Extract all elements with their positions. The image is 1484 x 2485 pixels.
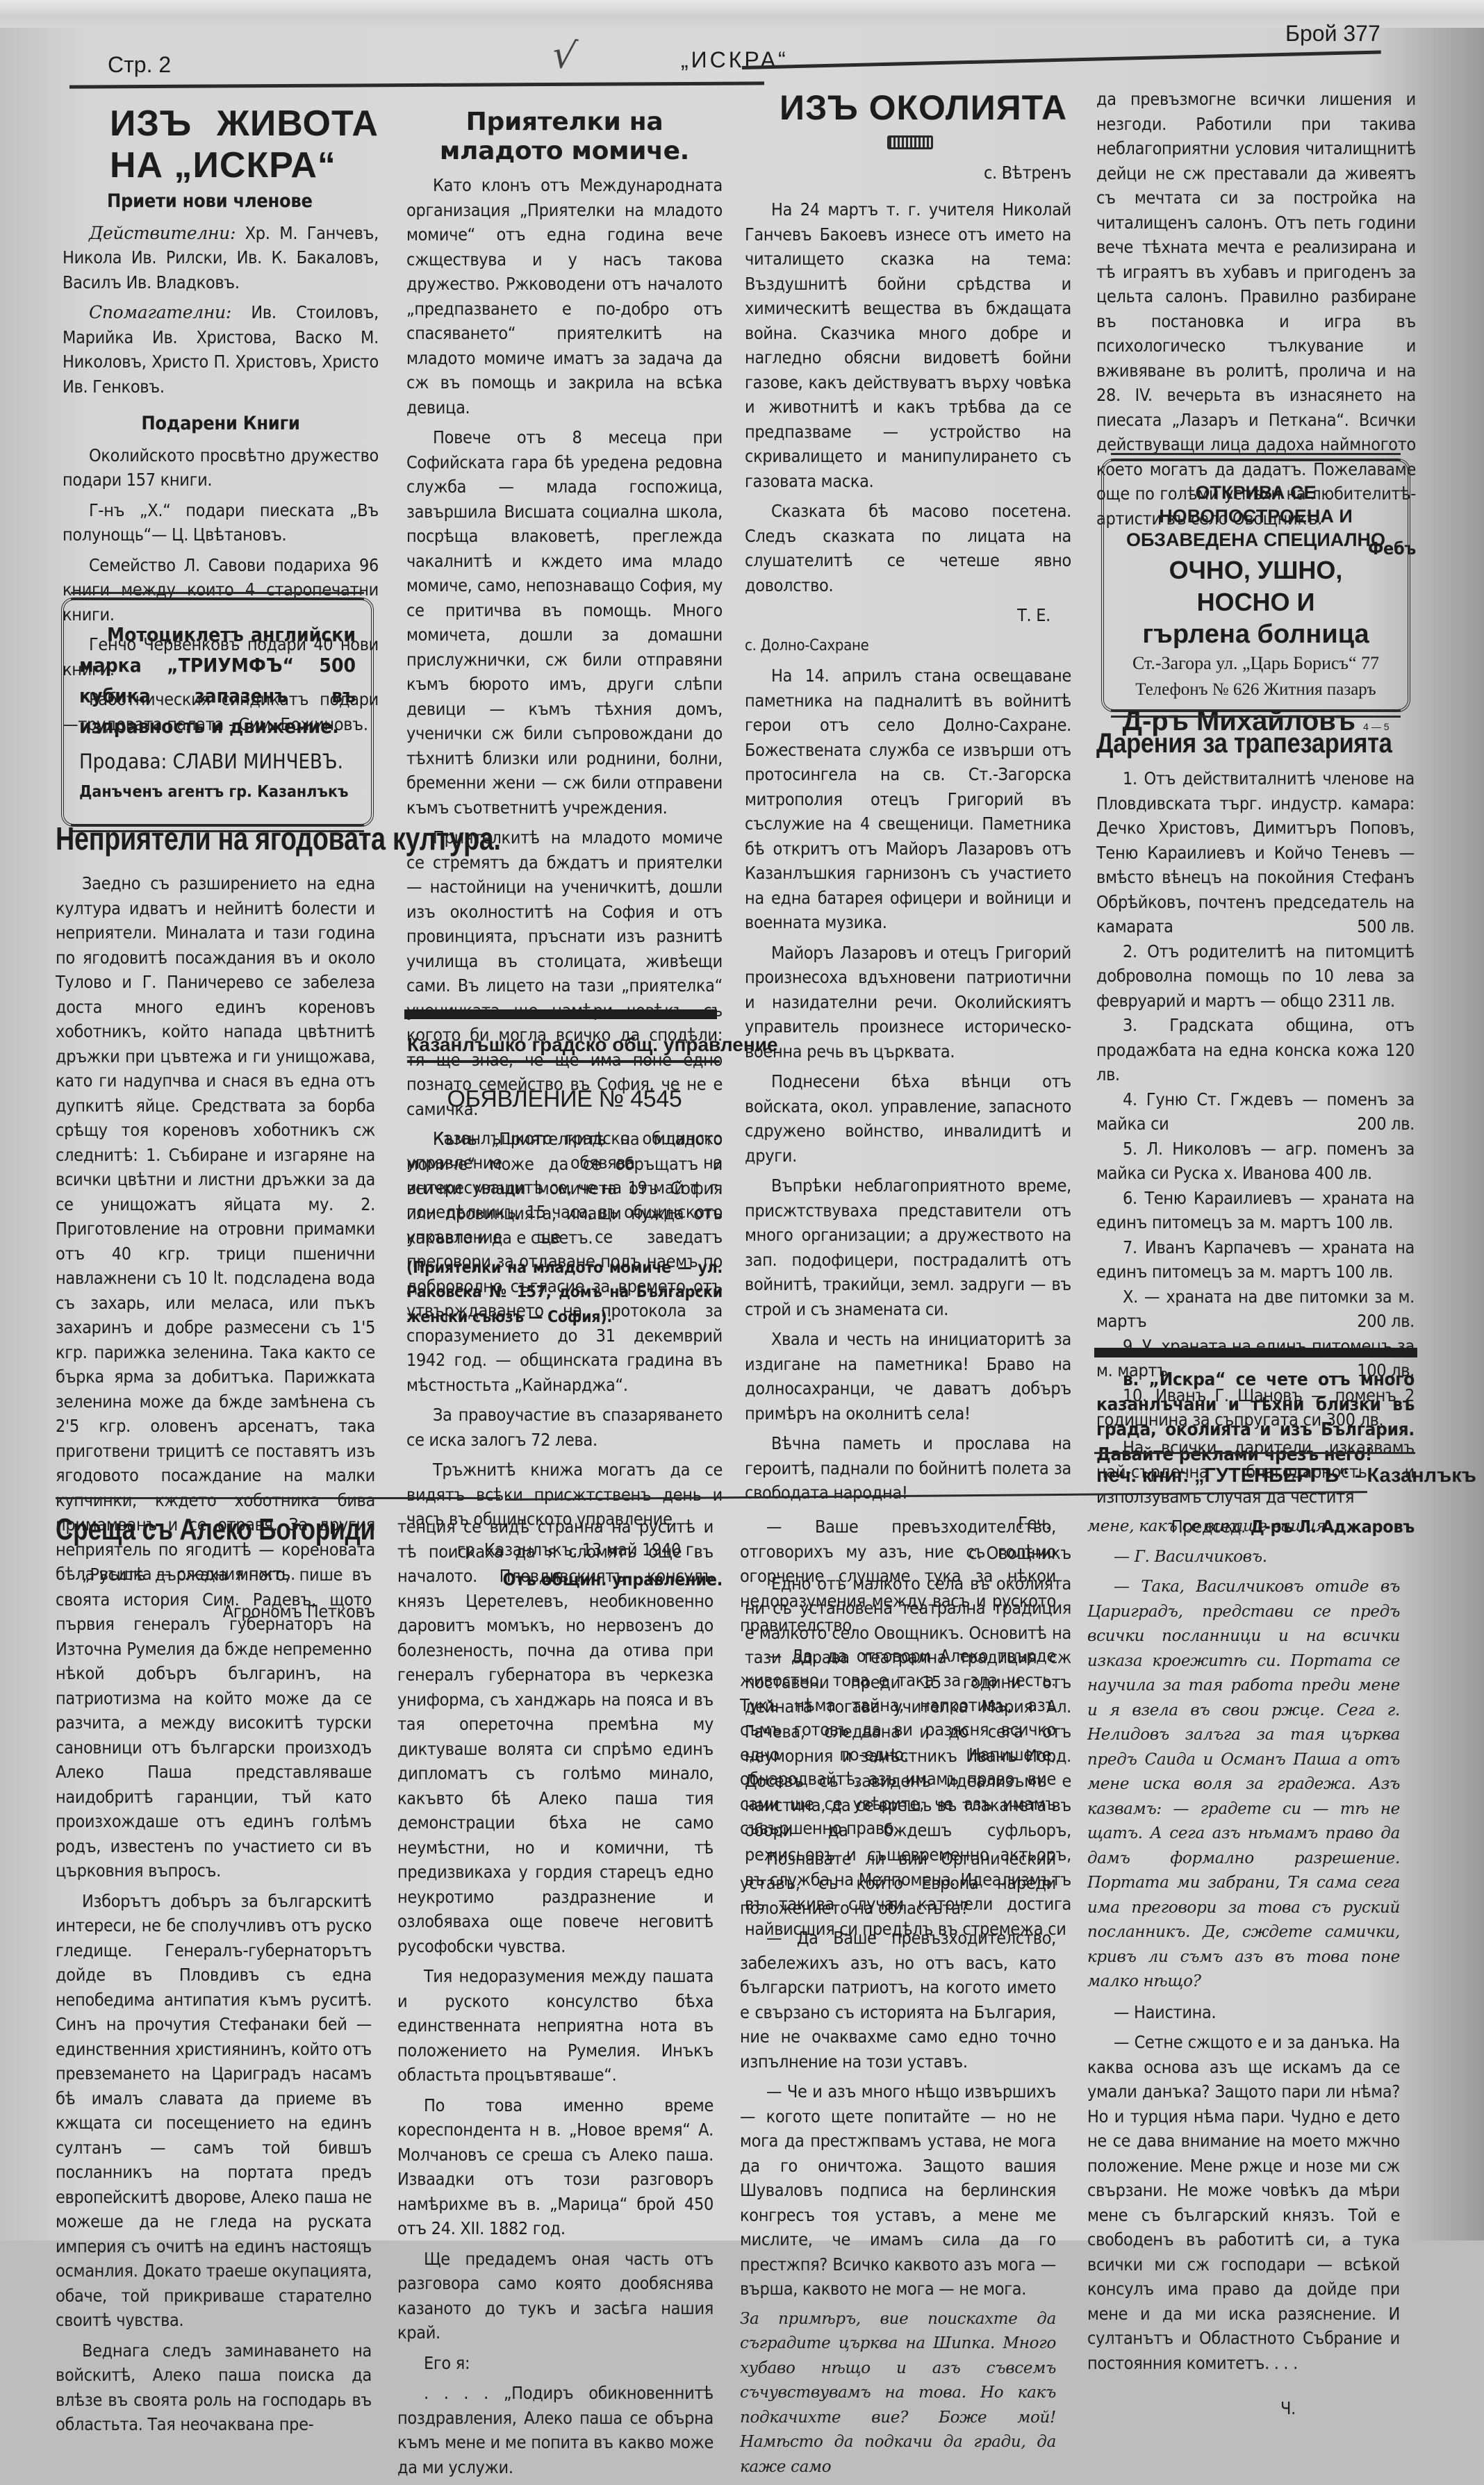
book-donation: Околийското просвѣтно дружество подари 1…	[63, 443, 379, 493]
donation-amount: 2311 лв.	[1328, 991, 1395, 1011]
accepted-members-heading: Приети нови членове	[63, 189, 379, 214]
ornament-icon	[887, 135, 933, 149]
handwritten-check-mark: √	[550, 32, 579, 79]
donation-amount: 100 лв.	[1335, 1262, 1393, 1282]
motorcycle-ad-seller-role: Данъченъ агентъ гр. Казанлъкъ	[79, 777, 356, 807]
paragraph: На 14. априлъ стана освещаване паметника…	[745, 663, 1071, 935]
issue-number: Брой 377	[1285, 21, 1380, 47]
donation-amount: 200 лв.	[1330, 1309, 1415, 1334]
bogoridi-column-3: — Ваше превъзходителство, отговорихъ му …	[740, 1514, 1056, 2240]
paragraph: „Руситѣ държаха много, пише въ своята ис…	[56, 1562, 372, 1883]
divider-bar	[404, 1009, 717, 1019]
paragraph: Сказката бѣ масово посетена. Следъ сказк…	[745, 499, 1071, 597]
municipality-banner: Казанлъшко градско общ. управление	[407, 1034, 720, 1063]
strawberry-title: Неприятели на ягодовата култура.	[56, 820, 374, 857]
section-rule	[56, 1497, 500, 1499]
printer-credit: печ. книг. „ГУТЕНБЕРГЪ“ - Казанлъкъ	[1096, 1464, 1423, 1487]
young-girl-friends-title: Приятелки на младото момиче.	[406, 108, 723, 166]
paragraph: — Да, да отговори Алеко твърде живостно,…	[740, 1644, 1056, 1841]
strawberry-body: Заедно съ разширението на една култура и…	[56, 871, 375, 1587]
italic-quote: — Г. Василчиковъ.	[1087, 1545, 1400, 1570]
donated-books-heading: Подарени Книги	[63, 411, 379, 436]
divider-bar	[1094, 1348, 1417, 1357]
hospital-ad-type: гърлена болница	[1119, 618, 1392, 650]
paragraph: — Ваше превъзходителство, отговорихъ му …	[740, 1514, 1056, 1638]
bogoridi-title: Среща съ Алеко Богориди	[56, 1511, 378, 1549]
paragraph: Майоръ Лазаровъ и отецъ Григорий произне…	[745, 941, 1071, 1064]
motorcycle-ad: Мотоциклетъ английски марка „ТРИУМФЪ“ 50…	[61, 597, 374, 827]
paragraph: Поднесени бѣха вѣнци отъ войската, окол.…	[745, 1069, 1071, 1168]
announcement-title: ОБЯВЛЕНИЕ № 4545	[406, 1087, 723, 1112]
divider-line	[1094, 1452, 1415, 1454]
active-members-label: Действителни:	[89, 223, 236, 243]
paragraph: Изборътъ добъръ за българскитѣ интереси,…	[56, 1889, 372, 2241]
motorcycle-ad-text: Мотоциклетъ английски марка „ТРИУМФЪ“ 50…	[79, 620, 356, 742]
signature-te: Т. Е.	[745, 603, 1071, 628]
paragraph: За правоучастие въ спазаряването се иска…	[406, 1403, 723, 1452]
motorcycle-ad-seller: Продава: СЛАВИ МИНЧЕВЪ.	[79, 746, 356, 777]
newspaper-promo: в. „Искра“ се чете отъ много казанлъчани…	[1096, 1367, 1415, 1473]
hospital-ad-address: Ст.-Загора ул. „Царь Борисъ“ 77	[1119, 650, 1392, 677]
masthead: „ИСКРА“	[681, 47, 789, 73]
paragraph: тенция се видѣ странна на руситѣ и тѣ по…	[397, 1514, 714, 1958]
italic-quote: — Така, Василчиковъ отиде въ Цариградъ, …	[1087, 1575, 1400, 1995]
donation-amount: 200 лв.	[1330, 1112, 1415, 1137]
section-title-region: ИЗЪ ОКОЛИЯТА	[745, 87, 1071, 129]
donation-item: 1. Отъ действиталнитѣ членове на Пловдив…	[1096, 768, 1415, 936]
paragraph: — Наистина.	[1087, 2000, 1400, 2025]
paragraph: Приятелкитѣ на младото момиче се стремят…	[406, 825, 723, 1121]
dateline-dolno-sahrane: с. Долно-Сахране	[745, 634, 1071, 659]
bogoridi-column-2: тенция се видѣ странна на руситѣ и тѣ по…	[397, 1514, 714, 2240]
paragraph: Повече отъ 8 месеца при Софийската гара …	[406, 425, 723, 820]
donation-item: 3. Градската община, отъ продажбата на е…	[1096, 1015, 1415, 1060]
strawberry-article: Неприятели на ягодовата култура. Заедно …	[56, 820, 375, 1629]
paragraph: Казанлъшкото градско общинско управление…	[406, 1126, 723, 1398]
donation-amount: 500 лв.	[1330, 914, 1415, 939]
paragraph: — Че и азъ много нѣщо извършихъ — когото…	[740, 2079, 1056, 2240]
hospital-ad-phone: Телефонъ № 626 Житния пазаръ	[1119, 677, 1392, 703]
paragraph: — Сетне сжщото е и за данъка. На каква о…	[1087, 2030, 1400, 2240]
header-rule-right	[742, 51, 1381, 69]
page-number: Стр. 2	[108, 52, 171, 78]
paragraph: — Да Ваше превъзходителство, забележихъ …	[740, 1926, 1056, 2074]
paragraph: Като клонъ отъ Международната организаци…	[406, 173, 723, 420]
page-top-edge	[0, 0, 1484, 28]
hospital-ad-headline: ОТКРИВА СЕ НОВОПОСТРОЕНА И ОБЗАВЕДЕНА СП…	[1119, 481, 1392, 552]
section-title-iskra-life: ИЗЪ ЖИВОТА НА „ИСКРА“	[63, 103, 379, 186]
paragraph: На 24 мартъ т. г. учителя Николай Ганчев…	[745, 197, 1071, 493]
hospital-ad-specialty: ОЧНО, УШНО, НОСНО И	[1119, 554, 1392, 618]
paragraph: Хвала и честь на инициаторитѣ за издиган…	[745, 1327, 1071, 1426]
donation-amount: 400 лв.	[1314, 1163, 1372, 1183]
hospital-ad: ОТКРИВА СЕ НОВОПОСТРОЕНА И ОБЗАВЕДЕНА СП…	[1101, 459, 1410, 712]
paragraph: По това именно време кореспондента н в. …	[397, 2093, 714, 2241]
book-donation: Г-нъ „Х.“ подари пиеската „Въ полунощь“—…	[63, 498, 379, 547]
italic-quote: мене, какъ се викаше вашия . . .	[1087, 1514, 1400, 1539]
bogoridi-column-4: мене, какъ се викаше вашия . . . — Г. Ва…	[1087, 1514, 1400, 2240]
paragraph: Въпрѣки неблагоприятното време, присжтст…	[745, 1173, 1071, 1321]
header-rule-left	[69, 81, 764, 88]
dateline-vetren: с. Вѣтренъ	[745, 160, 1071, 185]
donation-amount: 100 лв.	[1335, 1212, 1393, 1232]
paragraph: Познавате ли вий Органический уставъ, съ…	[740, 1847, 1056, 1921]
donations-title: Дарения за трапезарията	[1096, 726, 1370, 761]
newspaper-page: Стр. 2 √ „ИСКРА“ Брой 377 ИЗЪ ЖИВОТА НА …	[0, 0, 1484, 2240]
supporting-members-label: Спомагателни:	[89, 302, 231, 322]
paragraph: Тия недоразумения между пашата и руското…	[397, 1964, 714, 2088]
bogoridi-column-1: Среща съ Алеко Богориди „Руситѣ държаха …	[56, 1511, 372, 2240]
